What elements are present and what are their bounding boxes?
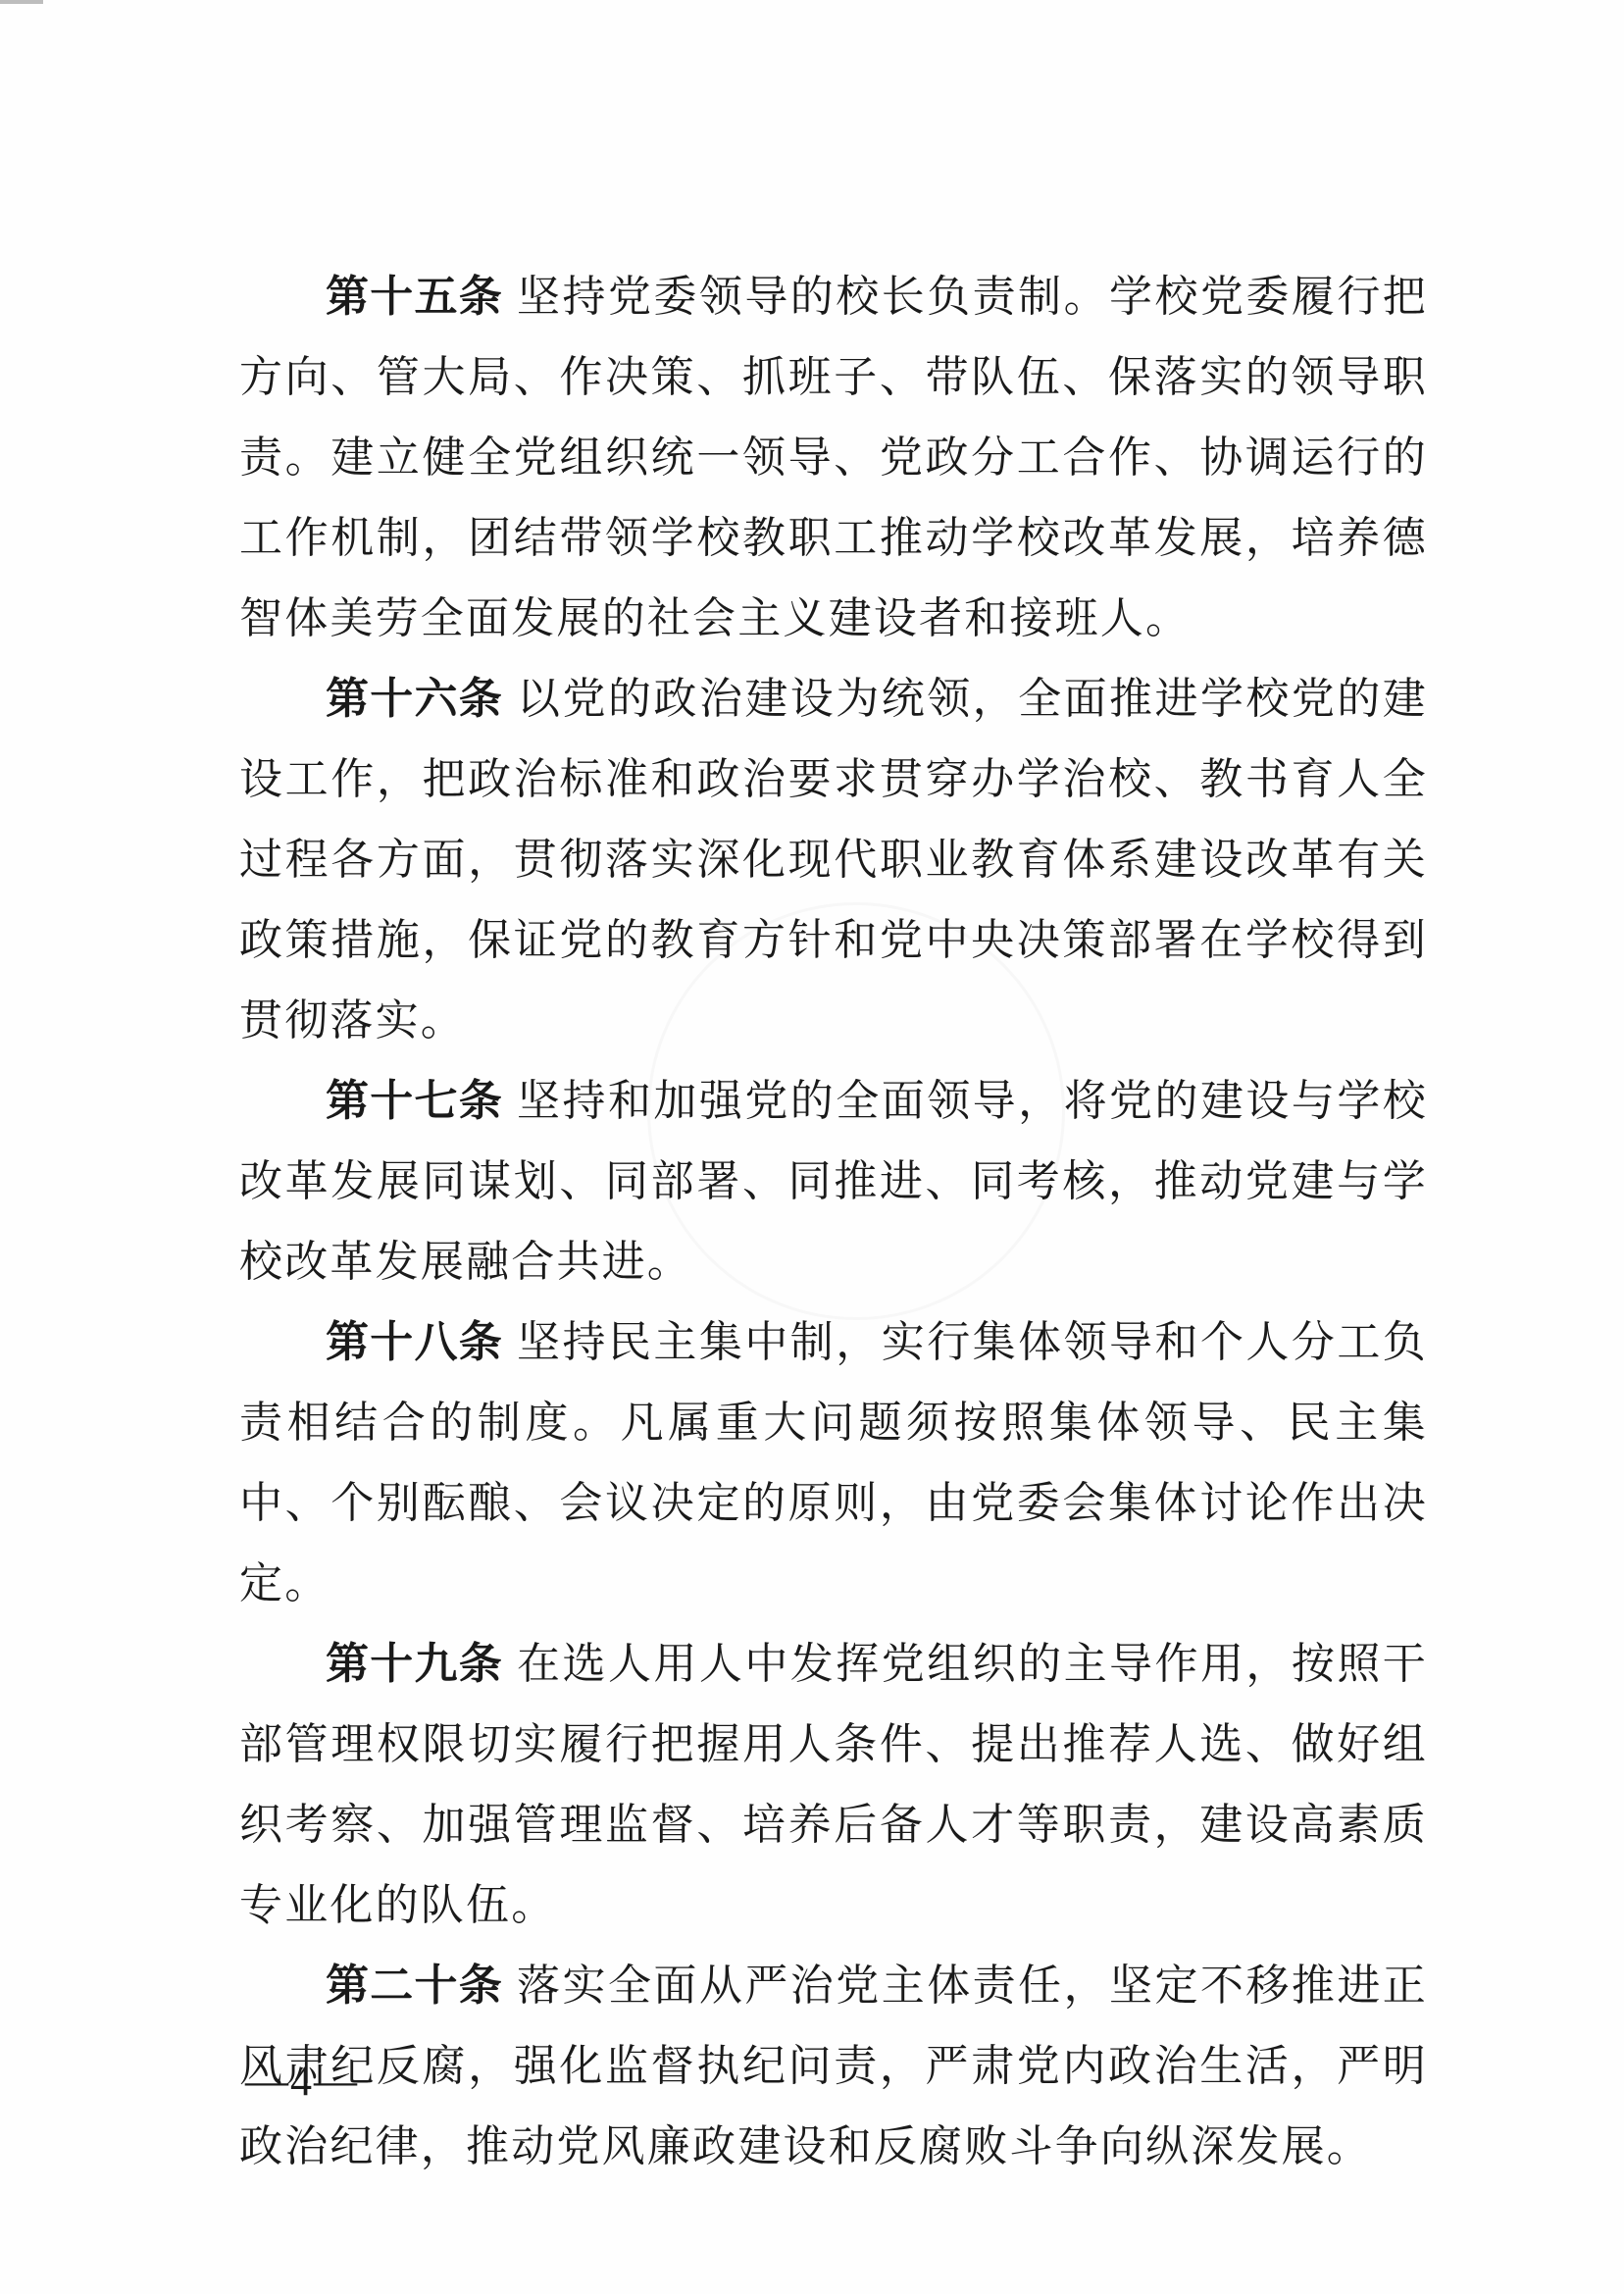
article-title: 第二十条 xyxy=(326,1961,503,2011)
article-16: 第十六条以党的政治建设为统领，全面推进学校党的建设工作，把政治标准和政治要求贯穿… xyxy=(239,659,1428,1061)
article-17: 第十七条坚持和加强党的全面领导，将党的建设与学校改革发展同谋划、同部署、同推进、… xyxy=(239,1061,1428,1302)
article-text: 以党的政治建设为统领，全面推进学校党的建设工作，把政治标准和政治要求贯穿办学治校… xyxy=(239,674,1428,1045)
document-page: 第十五条坚持党委领导的校长负责制。学校党委履行把方向、管大局、作决策、抓班子、带… xyxy=(0,0,1624,2294)
article-title: 第十九条 xyxy=(326,1639,503,1689)
article-title: 第十八条 xyxy=(326,1317,503,1367)
article-15: 第十五条坚持党委领导的校长负责制。学校党委履行把方向、管大局、作决策、抓班子、带… xyxy=(239,257,1428,659)
article-20: 第二十条落实全面从严治党主体责任，坚定不移推进正风肃纪反腐，强化监督执纪问责，严… xyxy=(239,1946,1428,2187)
article-title: 第十七条 xyxy=(326,1076,503,1126)
article-title: 第十五条 xyxy=(326,272,503,322)
article-text: 坚持党委领导的校长负责制。学校党委履行把方向、管大局、作决策、抓班子、带队伍、保… xyxy=(239,272,1428,643)
article-18: 第十八条坚持民主集中制，实行集体领导和个人分工负责相结合的制度。凡属重大问题须按… xyxy=(239,1302,1428,1624)
article-19: 第十九条在选人用人中发挥党组织的主导作用，按照干部管理权限切实履行把握用人条件、… xyxy=(239,1624,1428,1946)
article-title: 第十六条 xyxy=(326,674,503,724)
document-body: 第十五条坚持党委领导的校长负责制。学校党委履行把方向、管大局、作决策、抓班子、带… xyxy=(239,257,1428,2187)
scan-edge-mark xyxy=(0,0,43,4)
page-number: —4— xyxy=(245,2056,359,2106)
